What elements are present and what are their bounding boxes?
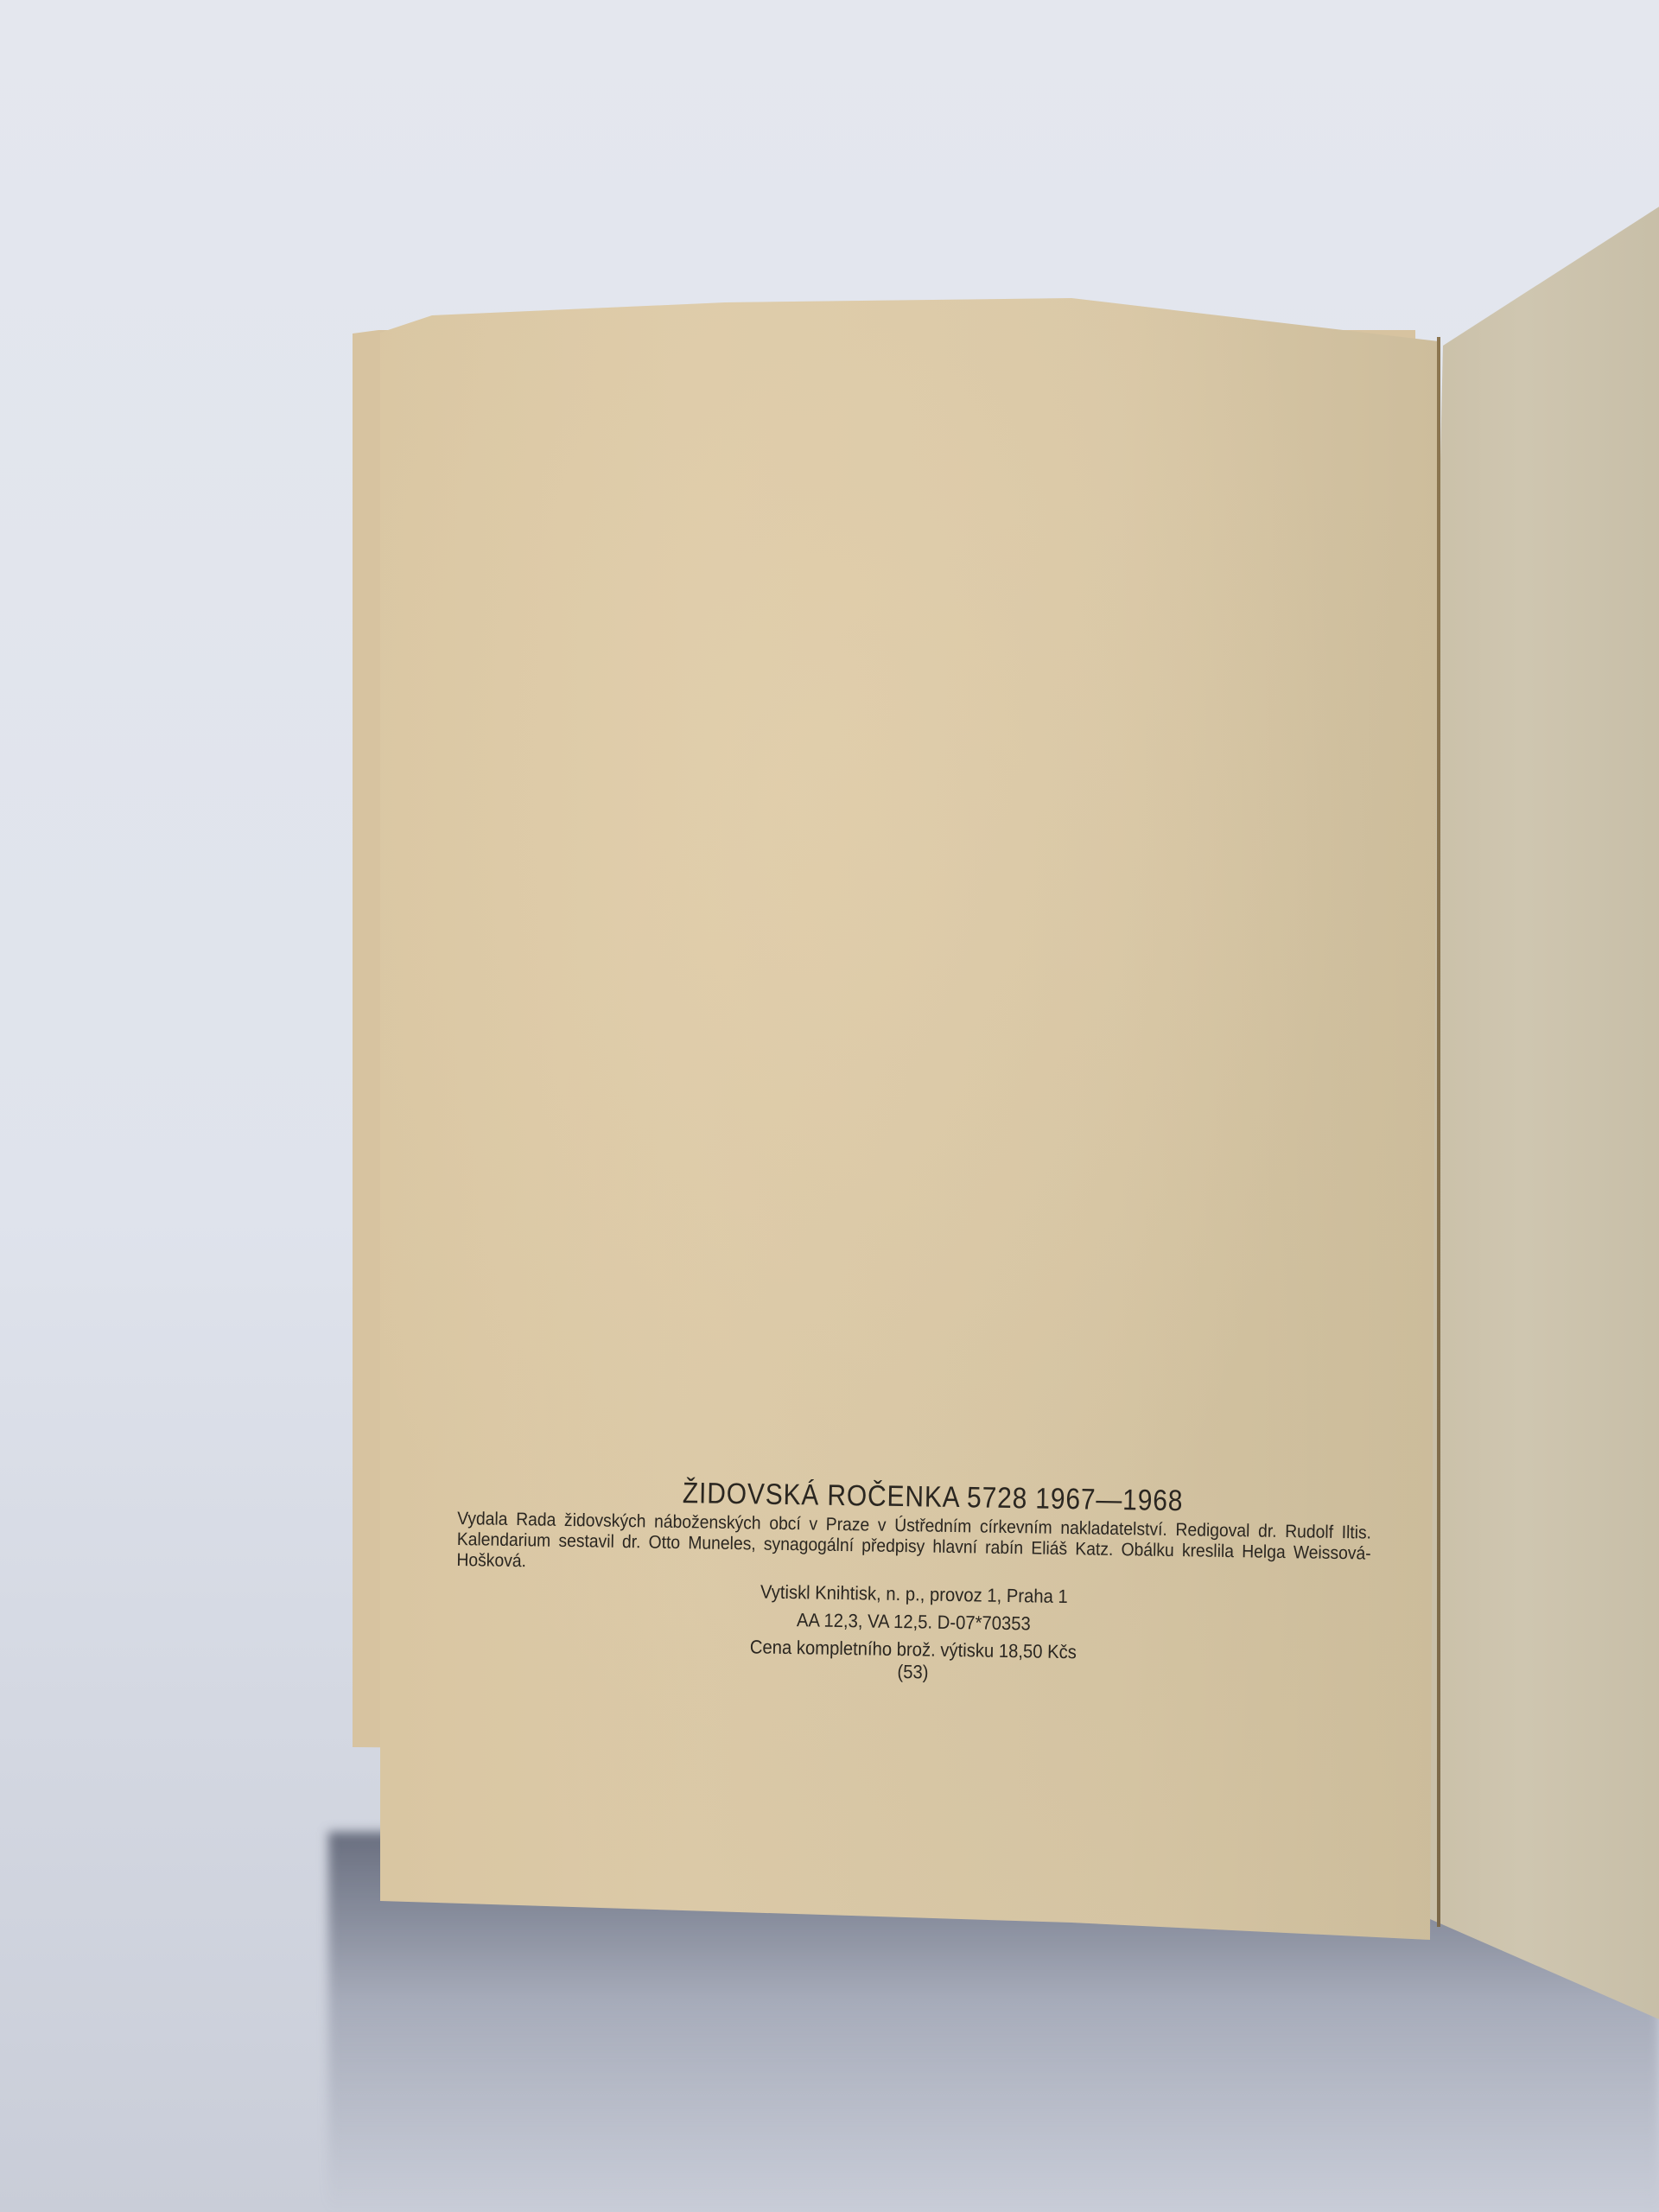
- book-gutter: [1437, 337, 1440, 1927]
- photo-scene: ŽIDOVSKÁ ROČENKA 5728 1967—1968 Vydala R…: [0, 0, 1659, 2212]
- right-page: [1408, 190, 1659, 2031]
- colophon: ŽIDOVSKÁ ROČENKA 5728 1967—1968 Vydala R…: [454, 1473, 1374, 1691]
- left-page: [380, 298, 1439, 1940]
- colophon-paragraph: Vydala Rada židovských náboženských obcí…: [456, 1509, 1371, 1586]
